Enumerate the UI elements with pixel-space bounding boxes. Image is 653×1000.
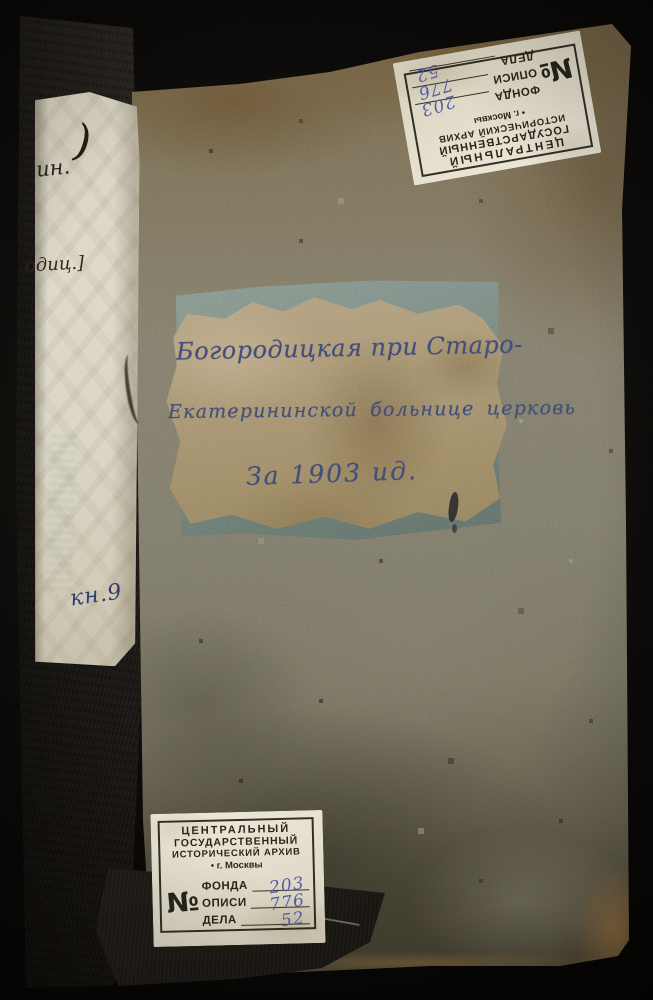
book-cover-photo: Богородицкая при Старо- Екатерининской б…: [0, 0, 653, 1000]
delo-line: 52: [240, 906, 310, 926]
delo-label: ДЕЛА: [499, 49, 535, 67]
delo-label: ДЕЛА: [202, 914, 237, 927]
numero-sign: №: [537, 53, 575, 87]
handwritten-note-top: ин.: [35, 154, 71, 181]
title-line-3: За 1903 ид.: [246, 456, 419, 491]
stamp-frame: ЦЕНТРАЛЬНЫЙ ГОСУДАРСТВЕННЫЙ ИСТОРИЧЕСКИЙ…: [158, 817, 317, 933]
stamp-rows: ФОНДА 203 ОПИСИ 776 ДЕЛА 52: [201, 871, 310, 930]
delo-row: ДЕЛА 52: [202, 907, 310, 927]
title-line-2: Екатерининской больнице церковь: [168, 397, 576, 423]
fond-label: ФОНДА: [202, 880, 248, 893]
ink-blot-small: [452, 524, 457, 533]
stamp-number-block: № ФОНДА 203 ОПИСИ 776 ДЕЛА 52: [165, 871, 310, 931]
archive-stamp-bottom: ЦЕНТРАЛЬНЫЙ ГОСУДАРСТВЕННЫЙ ИСТОРИЧЕСКИЙ…: [150, 810, 325, 947]
delo-value-handwritten: 52: [280, 908, 306, 931]
org-city-line: • г. Москвы: [165, 858, 309, 873]
numero-sign: №: [165, 887, 200, 917]
grime-specks-light: [0, 0, 2, 2]
handwritten-note-middle: одиц.]: [24, 252, 84, 276]
